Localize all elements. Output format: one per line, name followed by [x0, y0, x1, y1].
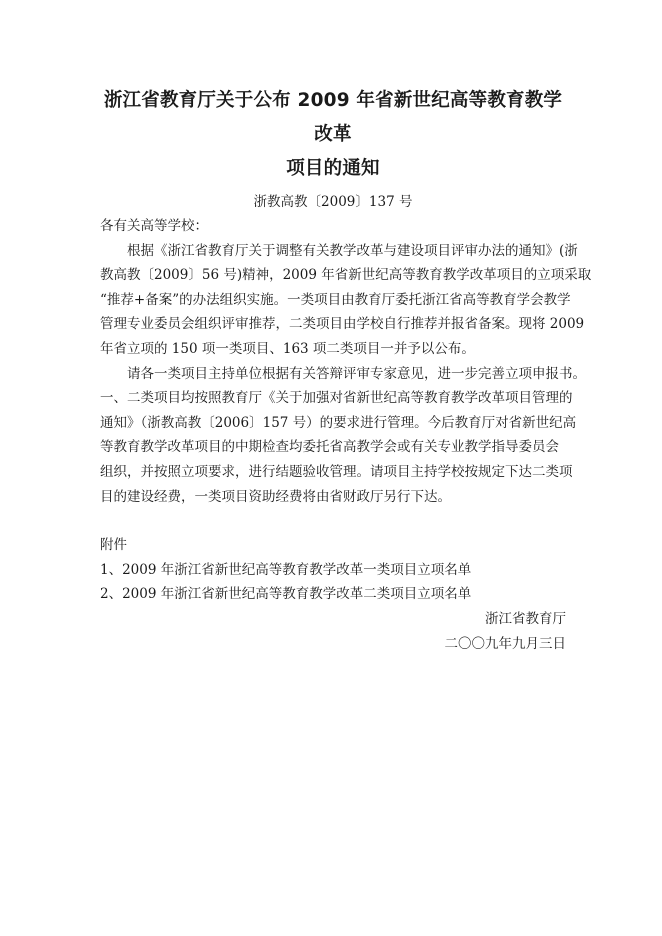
paragraph-1: 根据《浙江省教育厅关于调整有关教学改革与建设项目评审办法的通知》(浙 教高教〔2… — [100, 239, 566, 362]
title-line-2: 项目的通知 — [100, 152, 566, 186]
paragraph-line: 等教育教学改革项目的中期检查均委托省高教学会或有关专业教学指导委员会 — [100, 435, 566, 460]
attachment-item-2: 2、2009 年浙江省新世纪高等教育教学改革二类项目立项名单 — [100, 582, 566, 607]
paragraph-line: 请各一类项目主持单位根据有关答辩评审专家意见，进一步完善立项申报书。 — [100, 362, 566, 387]
attachment-item-1: 1、2009 年浙江省新世纪高等教育教学改革一类项目立项名单 — [100, 558, 566, 583]
title-line-1: 浙江省教育厅关于公布 2009 年省新世纪高等教育教学改革 — [100, 84, 566, 152]
paragraph-line: 管理专业委员会组织评审推荐，二类项目由学校自行推荐并报省备案。现将 2009 — [100, 312, 566, 337]
attachments-label: 附件 — [100, 533, 566, 558]
document-title: 浙江省教育厅关于公布 2009 年省新世纪高等教育教学改革 项目的通知 — [100, 84, 566, 186]
paragraph-line: “推荐+备案”的办法组织实施。一类项目由教育厅委托浙江省高等教育学会教学 — [100, 288, 566, 313]
salutation: 各有关高等学校： — [100, 214, 566, 239]
document-body: 各有关高等学校： 根据《浙江省教育厅关于调整有关教学改革与建设项目评审办法的通知… — [100, 214, 566, 656]
document-number: 浙教高教〔2009〕137 号 — [100, 190, 566, 214]
paragraph-line: 组织，并按照立项要求，进行结题验收管理。请项目主持学校按规定下达二类项 — [100, 460, 566, 485]
paragraph-line: 目的建设经费，一类项目资助经费将由省财政厅另行下达。 — [100, 485, 566, 510]
paragraph-line: 通知》（浙教高教〔2006〕157 号）的要求进行管理。今后教育厅对省新世纪高 — [100, 411, 566, 436]
paragraph-line: 年省立项的 150 项一类项目、163 项二类项目一并予以公布。 — [100, 337, 566, 362]
document-page: 浙江省教育厅关于公布 2009 年省新世纪高等教育教学改革 项目的通知 浙教高教… — [100, 84, 566, 656]
paragraph-line: 教高教〔2009〕56 号)精神，2009 年省新世纪高等教育教学改革项目的立项… — [100, 263, 566, 288]
issue-date: 二〇〇九年九月三日 — [100, 632, 566, 657]
issuer: 浙江省教育厅 — [100, 607, 566, 632]
paragraph-2: 请各一类项目主持单位根据有关答辩评审专家意见，进一步完善立项申报书。 一、二类项… — [100, 362, 566, 510]
blank-line — [100, 509, 566, 533]
paragraph-line: 根据《浙江省教育厅关于调整有关教学改革与建设项目评审办法的通知》(浙 — [100, 239, 566, 264]
paragraph-line: 一、二类项目均按照教育厅《关于加强对省新世纪高等教育教学改革项目管理的 — [100, 386, 566, 411]
